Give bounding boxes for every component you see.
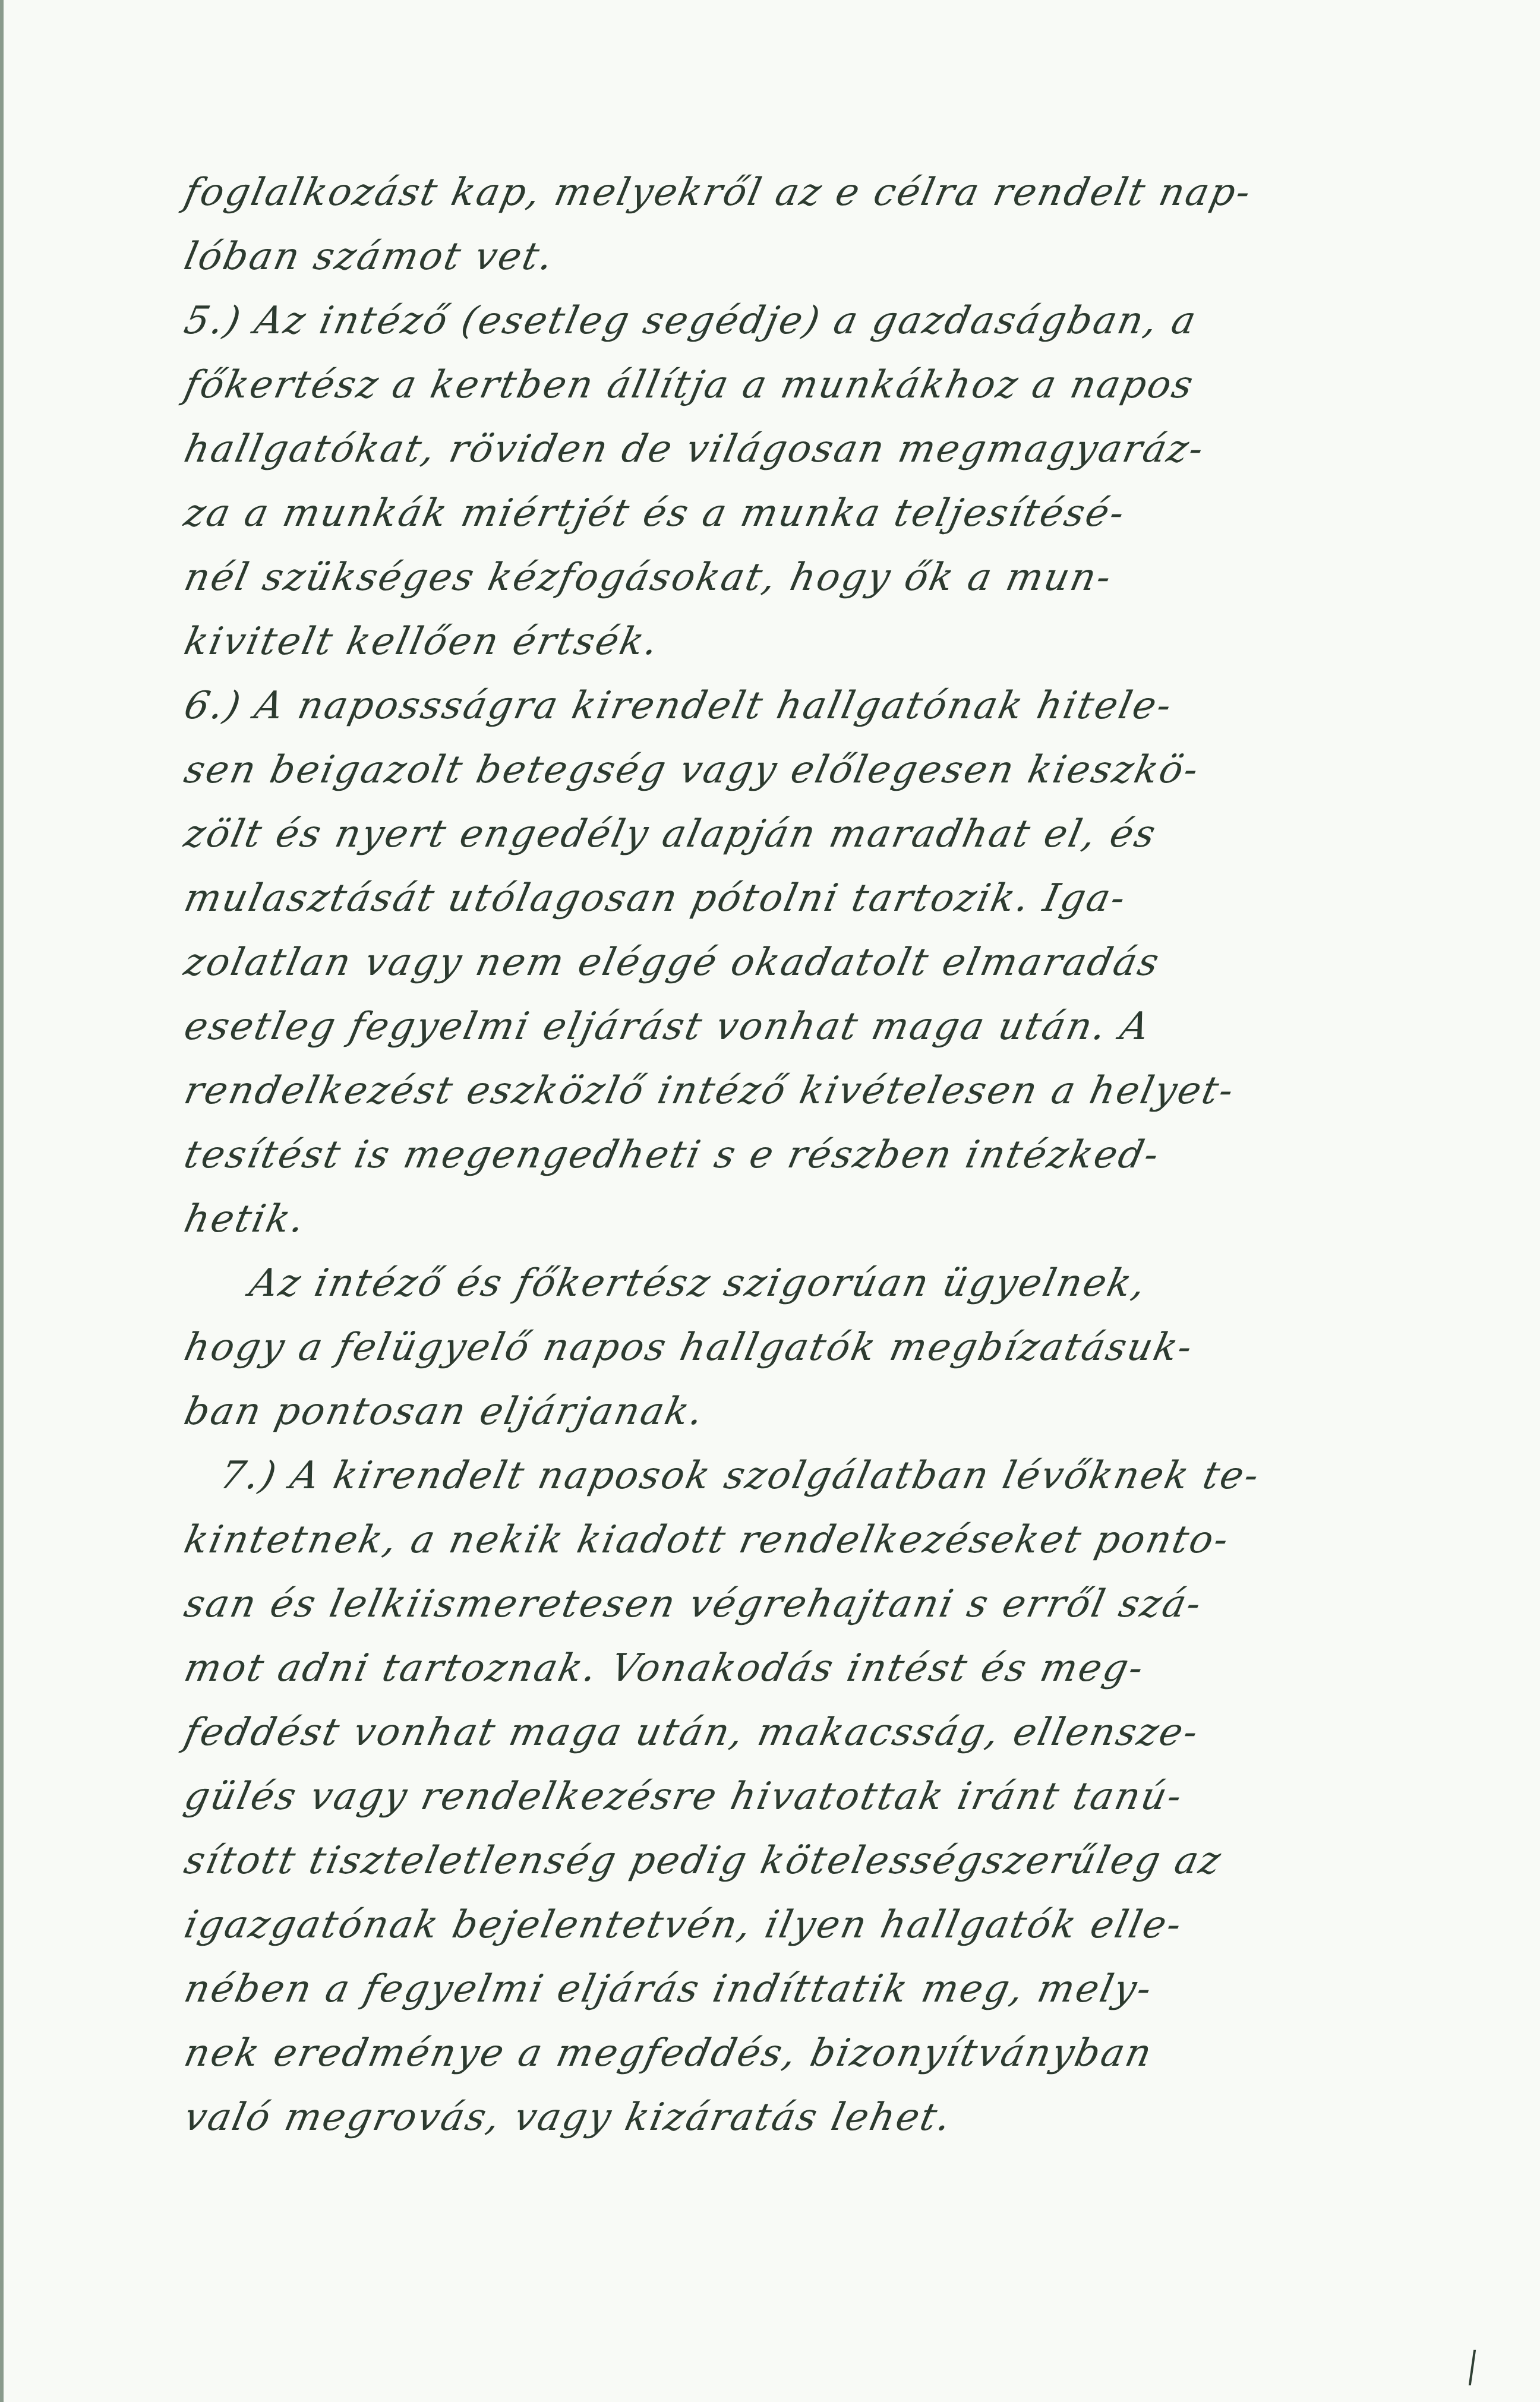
- section-7-heading-line: 7.) A kirendelt naposok szolgálatban lév…: [178, 1444, 1517, 1508]
- text-line: foglalkozást kap, melyekről az e célra r…: [178, 160, 1517, 225]
- text-line: rendelkezést eszközlő intéző kivételesen…: [178, 1059, 1517, 1123]
- text-line: lóban számot vet.: [178, 225, 1517, 289]
- text-line: nél szükséges kézfogásokat, hogy ők a mu…: [178, 545, 1517, 610]
- text-line: mot adni tartoznak. Vonakodás intést és …: [178, 1636, 1517, 1700]
- page-edge-shadow: [0, 0, 4, 2402]
- text-line: feddést vonhat maga után, makacsság, ell…: [178, 1700, 1517, 1765]
- text-line: sított tiszteletlenség pedig kötelességs…: [178, 1829, 1517, 1893]
- handwritten-text-block: foglalkozást kap, melyekről az e célra r…: [178, 160, 1503, 2150]
- text-line: kintetnek, a nekik kiadott rendelkezések…: [178, 1508, 1517, 1572]
- text-line: igazgatónak bejelentetvén, ilyen hallgat…: [178, 1893, 1517, 1957]
- text-line: mulasztását utólagosan pótolni tartozik.…: [178, 866, 1517, 930]
- manuscript-page: foglalkozást kap, melyekről az e célra r…: [0, 0, 1540, 2402]
- text-line: hallgatókat, röviden de világosan megmag…: [178, 417, 1517, 481]
- text-line: ban pontosan eljárjanak.: [178, 1380, 1517, 1444]
- text-line: kivitelt kellően értsék.: [178, 610, 1517, 674]
- text-line: nében a fegyelmi eljárás indíttatik meg,…: [178, 1957, 1517, 2021]
- text-line: za a munkák miértjét és a munka teljesít…: [178, 481, 1517, 545]
- text-line: san és lelkiismeretesen végrehajtani s e…: [178, 1572, 1517, 1636]
- text-line: zolatlan vagy nem eléggé okadatolt elmar…: [178, 930, 1517, 995]
- text-line: zölt és nyert engedély alapján maradhat …: [178, 802, 1517, 866]
- text-line: tesítést is megengedheti s e részben int…: [178, 1123, 1517, 1187]
- text-line: nek eredménye a megfeddés, bizonyítványb…: [178, 2021, 1517, 2085]
- text-line: esetleg fegyelmi eljárást vonhat maga ut…: [178, 995, 1517, 1059]
- text-line: való megrovás, vagy kizáratás lehet.: [178, 2085, 1517, 2150]
- text-line: hogy a felügyelő napos hallgatók megbíza…: [178, 1315, 1517, 1380]
- text-line: gülés vagy rendelkezésre hivatottak irán…: [178, 1765, 1517, 1829]
- text-line: sen beigazolt betegség vagy előlegesen k…: [178, 738, 1517, 802]
- text-line: főkertész a kertben állítja a munkákhoz …: [178, 353, 1517, 417]
- paragraph-start-line: Az intéző és főkertész szigorúan ügyelne…: [178, 1251, 1517, 1315]
- section-6-heading-line: 6.) A napossságra kirendelt hallgatónak …: [178, 674, 1517, 738]
- pen-stroke-mark: [1469, 2350, 1476, 2385]
- section-5-heading-line: 5.) Az intéző (esetleg segédje) a gazdas…: [178, 289, 1517, 353]
- text-line: hetik.: [178, 1187, 1517, 1251]
